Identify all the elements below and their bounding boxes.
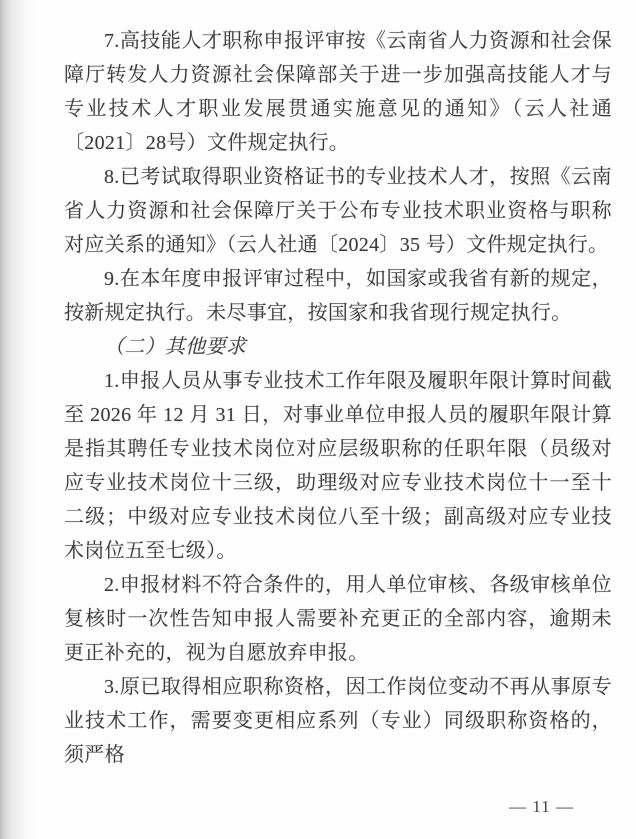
document-body: 7.高技能人才职称申报评审按《云南省人力资源和社会保障厅转发人力资源社会保障部关…: [64, 24, 612, 772]
paragraph-item-2: 2.申报材料不符合条件的，用人单位审核、各级审核单位复核时一次性告知申报人需要补…: [64, 568, 612, 670]
paragraph-item-7: 7.高技能人才职称申报评审按《云南省人力资源和社会保障厅转发人力资源社会保障部关…: [64, 24, 612, 160]
page-number: — 11 —: [509, 797, 574, 817]
paragraph-item-9: 9.在本年度申报评审过程中，如国家或我省有新的规定，按新规定执行。未尽事宜，按国…: [64, 262, 612, 330]
scanned-document-page: 7.高技能人才职称申报评审按《云南省人力资源和社会保障厅转发人力资源社会保障部关…: [0, 0, 636, 839]
scan-edge-shadow: [0, 0, 42, 839]
paragraph-item-8: 8.已考试取得职业资格证书的专业技术人才，按照《云南省人力资源和社会保障厅关于公…: [64, 160, 612, 262]
paragraph-item-3: 3.原已取得相应职称资格，因工作岗位变动不再从事原专业技术工作，需要变更相应系列…: [64, 670, 612, 772]
section-heading-other-requirements: （二）其他要求: [64, 330, 612, 364]
paragraph-item-1: 1.申报人员从事专业技术工作年限及履职年限计算时间截至 2026 年 12 月 …: [64, 364, 612, 568]
